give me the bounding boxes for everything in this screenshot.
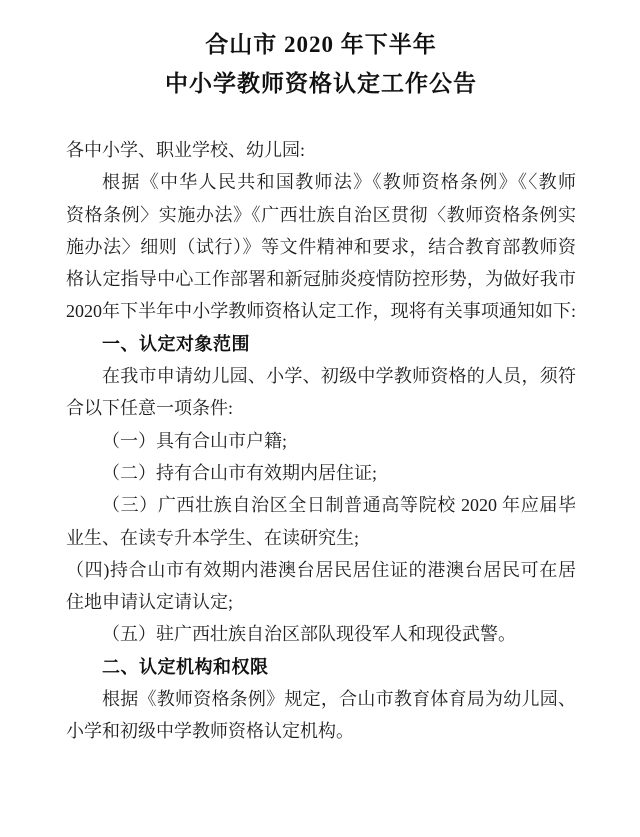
document-title: 合山市 2020 年下半年 中小学教师资格认定工作公告: [66, 25, 576, 103]
document-title-line1: 合山市 2020 年下半年: [66, 25, 576, 64]
document-line: 业生、在读专升本学生、在读研究生;: [66, 522, 576, 554]
document-line: （五）驻广西壮族自治区部队现役军人和现役武警。: [66, 618, 576, 650]
document-line: 格认定指导中心工作部署和新冠肺炎疫情防控形势，为做好我市: [66, 263, 576, 295]
document-line: 2020年下半年中小学教师资格认定工作，现将有关事项通知如下:: [66, 295, 576, 327]
section-heading: 二、认定机构和权限: [66, 651, 576, 683]
document-line: 合以下任意一项条件:: [66, 392, 576, 424]
document-line: 根据《中华人民共和国教师法》《教师资格条例》《〈教师: [66, 166, 576, 198]
document-body: 各中小学、职业学校、幼儿园:根据《中华人民共和国教师法》《教师资格条例》《〈教师…: [66, 134, 576, 748]
document-line: 在我市申请幼儿园、小学、初级中学教师资格的人员，须符: [66, 360, 576, 392]
document-line: 资格条例〉实施办法》《广西壮族自治区贯彻〈教师资格条例实: [66, 199, 576, 231]
document-line: 小学和初级中学教师资格认定机构。: [66, 715, 576, 747]
document-line: （一）具有合山市户籍;: [66, 425, 576, 457]
document-line: （二）持有合山市有效期内居住证;: [66, 457, 576, 489]
document-line: （四)持合山市有效期内港澳台居民居住证的港澳台居民可在居: [66, 554, 576, 586]
document-title-line2: 中小学教师资格认定工作公告: [66, 64, 576, 103]
document-line: 各中小学、职业学校、幼儿园:: [66, 134, 576, 166]
document-line: 根据《教师资格条例》规定，合山市教育体育局为幼儿园、: [66, 683, 576, 715]
document-line: 住地申请认定请认定;: [66, 586, 576, 618]
document-line: 施办法〉细则（试行）》等文件精神和要求，结合教育部教师资: [66, 231, 576, 263]
announcement-page: 合山市 2020 年下半年 中小学教师资格认定工作公告 各中小学、职业学校、幼儿…: [0, 0, 640, 837]
document-line: （三）广西壮族自治区全日制普通高等院校 2020 年应届毕: [66, 489, 576, 521]
section-heading: 一、认定对象范围: [66, 328, 576, 360]
